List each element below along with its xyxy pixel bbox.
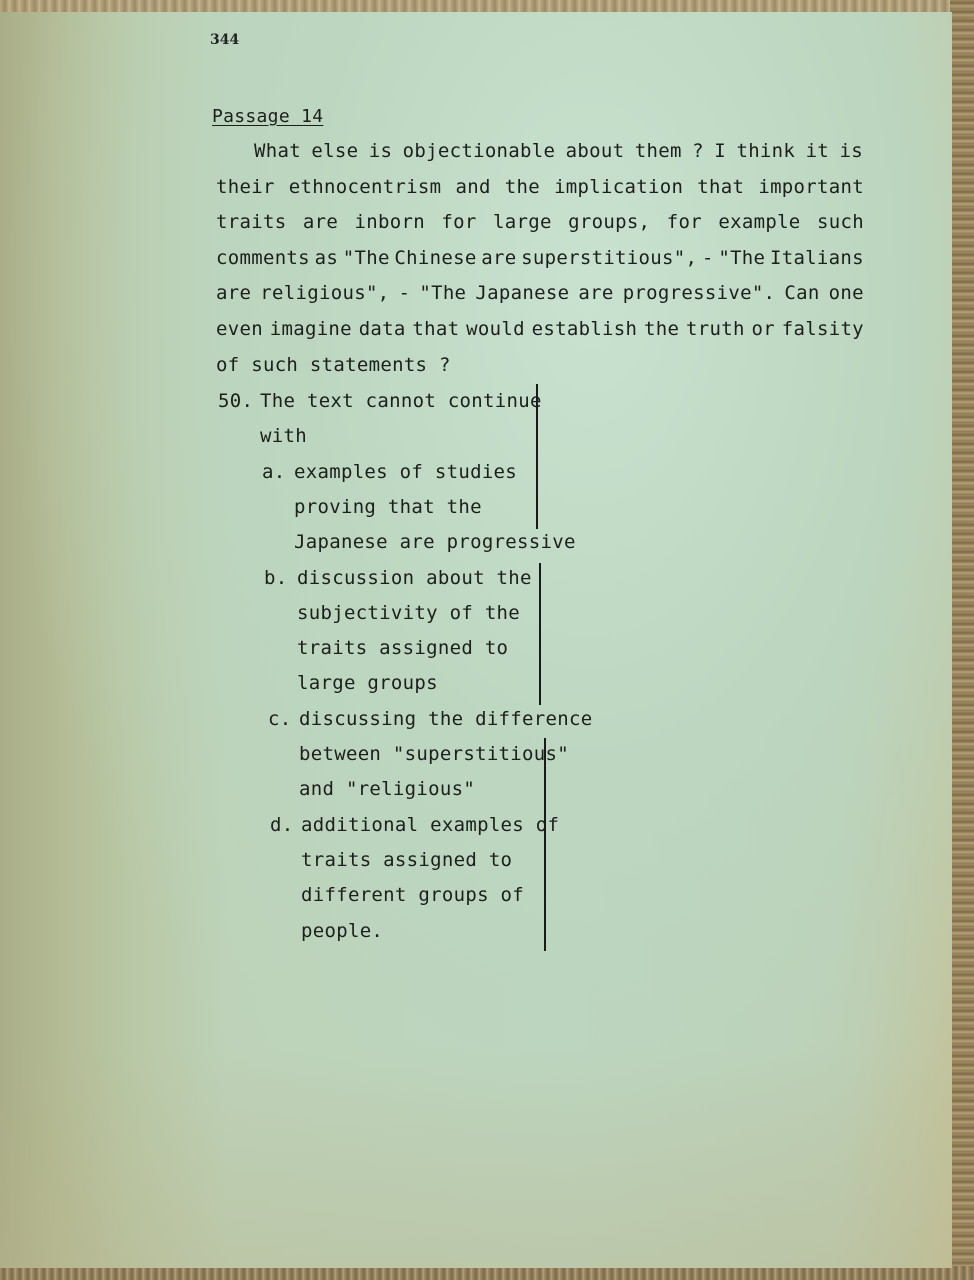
- option-d-line: different groups of: [301, 884, 524, 906]
- option-b-line: subjectivity of the: [297, 602, 520, 624]
- option-a-line: proving that the: [294, 496, 482, 518]
- option-d-line: people.: [301, 920, 383, 942]
- option-a-line: examples of studies: [294, 461, 517, 483]
- passage-line: evenimaginedatathatwouldestablishthetrut…: [216, 318, 864, 340]
- question-stem-line: with: [260, 425, 307, 447]
- passage-title: Passage 14: [212, 106, 323, 127]
- passage-line: traitsareinbornforlargegroups,forexample…: [216, 211, 864, 233]
- option-a-line: Japanese are progressive: [294, 531, 576, 553]
- passage-line: of such statements ?: [216, 354, 451, 376]
- option-c-line: between "superstitious": [299, 743, 569, 765]
- option-b-line: discussion about the: [297, 567, 532, 589]
- margin-bar-b: [539, 563, 541, 705]
- margin-bar-a: [536, 384, 538, 529]
- margin-bar-cd: [544, 738, 546, 951]
- scan-right-edge: [950, 0, 974, 1280]
- option-letter: a.: [262, 461, 285, 483]
- option-d-line: additional examples of: [301, 814, 559, 836]
- document-page: 344 Passage 14 Whatelseisobjectionableab…: [0, 12, 952, 1268]
- scan-bottom-edge: [0, 1266, 974, 1280]
- option-c-line: and "religious": [299, 778, 475, 800]
- option-b-line: large groups: [297, 672, 438, 694]
- option-letter: c.: [268, 708, 291, 730]
- page-number: 344: [210, 32, 239, 48]
- passage-line: Whatelseisobjectionableaboutthem?Ithinki…: [254, 140, 863, 162]
- option-b-line: traits assigned to: [297, 637, 508, 659]
- option-d-line: traits assigned to: [301, 849, 512, 871]
- passage-line: arereligious",-"TheJapaneseareprogressiv…: [216, 282, 864, 304]
- option-letter: d.: [270, 814, 293, 836]
- option-letter: b.: [264, 567, 287, 589]
- passage-line: theirethnocentrismandtheimplicationthati…: [216, 176, 864, 198]
- passage-line: commentsas"TheChinesearesuperstitious",-…: [216, 247, 864, 269]
- option-c-line: discussing the difference: [299, 708, 592, 730]
- question-number: 50.: [218, 390, 253, 412]
- question-stem-line: The text cannot continue: [260, 390, 542, 412]
